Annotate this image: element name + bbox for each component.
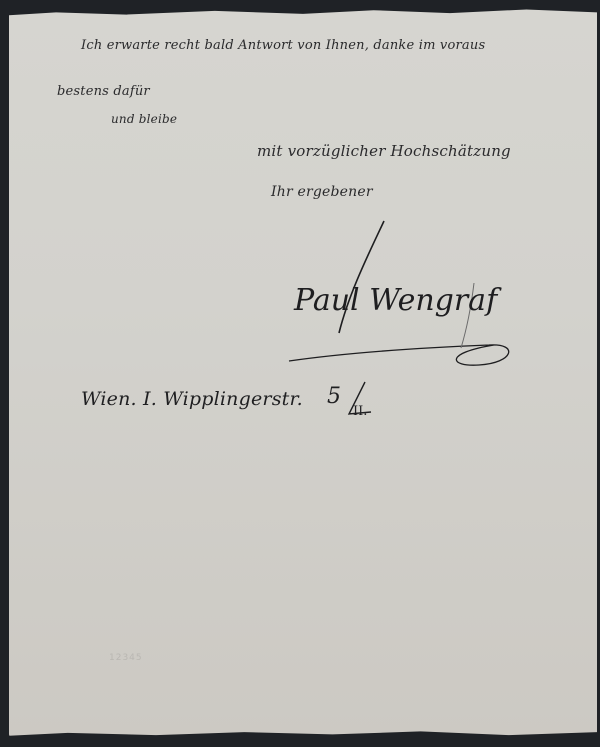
closing-line-2: Ihr ergebener	[271, 184, 373, 200]
letter-body-line-2: bestens dafür	[57, 84, 150, 99]
letter-body-line-3: und bleibe	[111, 112, 177, 126]
closing-line-1: mit vorzüglicher Hochschätzung	[257, 142, 511, 160]
sender-address: Wien. I. Wipplingerstr.	[81, 388, 303, 410]
letter-paper: Ich erwarte recht bald Antwort von Ihnen…	[9, 8, 597, 738]
archive-pencil-mark: 12345	[109, 653, 143, 663]
letter-body-line-1: Ich erwarte recht bald Antwort von Ihnen…	[81, 38, 485, 53]
signature: Paul Wengraf	[294, 283, 497, 318]
address-number: 5	[327, 384, 341, 409]
address-floor: II.	[353, 404, 367, 419]
